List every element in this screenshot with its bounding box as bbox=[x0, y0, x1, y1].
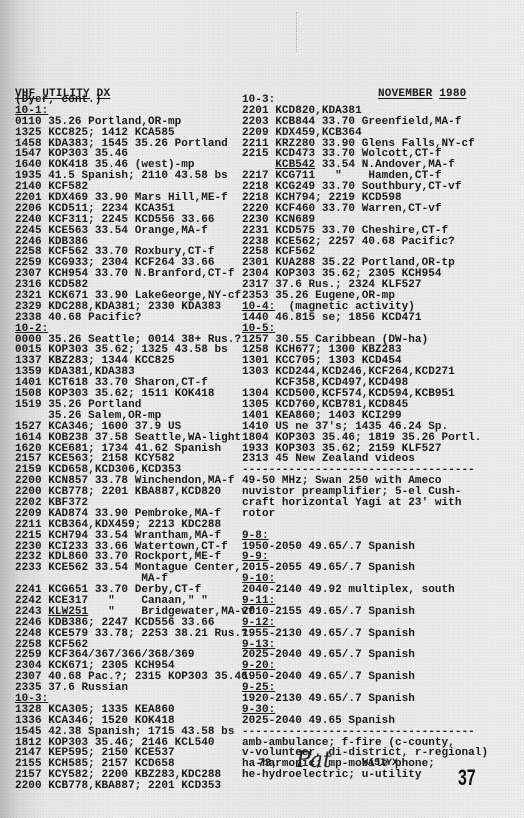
log-line: 2335 37.6 Russian bbox=[15, 683, 254, 694]
log-line: 1614 KOB238 37.58 Seattle,WA-light bbox=[15, 433, 254, 444]
date-heading: 9-8: bbox=[242, 531, 488, 542]
right-column-log: 10-3:2201 KCD820,KDA3812203 KCB844 33.70… bbox=[242, 95, 488, 781]
log-line: 2040-2140 49.92 multiplex, south bbox=[242, 585, 488, 596]
log-line: 2246 KDB386; 2247 KCD556 33.66 bbox=[15, 618, 254, 629]
log-line: 1955-2130 49.65/.7 Spanish bbox=[242, 629, 488, 640]
log-line: 2010-2155 49.65/.7 Spanish bbox=[242, 607, 488, 618]
log-line: 2248 KCE579 33.78; 2253 38.21 Rus.? bbox=[15, 629, 254, 640]
magazine-page: VHF UTILITY DX NOVEMBER 1980 (Dyer, cont… bbox=[0, 0, 524, 818]
log-line bbox=[242, 520, 488, 531]
date-heading: 9-12: bbox=[242, 618, 488, 629]
log-line: he-hydroelectric; u-utility bbox=[242, 770, 488, 781]
log-line: 2211 KCB364,KDX459; 2213 KDC288 bbox=[15, 520, 254, 531]
log-line: 2215 KCH794 33.54 Wrantham,MA-f bbox=[15, 531, 254, 542]
log-line: 1325 KCC825; 1412 KCA585 bbox=[15, 128, 254, 139]
log-line: 2245 KCE563 33.54 Orange,MA-f bbox=[15, 226, 254, 237]
log-line: 2338 40.68 Pacific? bbox=[15, 313, 254, 324]
log-line: (Dyer, cont.) bbox=[15, 95, 254, 106]
log-line: 2200 KCB778,KBA887; 2201 KCD353 bbox=[15, 781, 254, 792]
date-heading: 10-5: bbox=[242, 324, 488, 335]
log-line: 1527 KCA346; 1600 37.9 US bbox=[15, 422, 254, 433]
log-line: ----------------------------------- bbox=[242, 727, 488, 738]
closing-text: 73, bbox=[258, 758, 278, 770]
log-line: 2015-2055 49.65/.7 Spanish bbox=[242, 563, 488, 574]
log-line: rotor bbox=[242, 509, 488, 520]
log-line: 1545 42.38 Spanish; 1715 43.58 bs bbox=[15, 727, 254, 738]
log-line: 1804 KOP303 35.46; 1819 35.26 Portl. bbox=[242, 433, 488, 444]
log-line: 1410 US ne 37's; 1435 46.24 Sp. bbox=[242, 422, 488, 433]
log-line: 1950-2050 49.65/.7 Spanish bbox=[242, 542, 488, 553]
author-callsign: WA5IYX bbox=[362, 758, 398, 769]
date-heading: 10-2: bbox=[15, 324, 254, 335]
left-column-log: (Dyer, cont.)10-1:0110 35.26 Portland,OR… bbox=[15, 95, 254, 792]
log-line: 1950-2040 49.65/.7 Spanish bbox=[242, 672, 488, 683]
page-number: 37 bbox=[458, 765, 476, 791]
paper-fold-mark bbox=[296, 12, 298, 52]
log-line: 2025-2040 49.65/.7 Spanish bbox=[242, 650, 488, 661]
log-line: craft horizontal Yagi at 23' with bbox=[242, 498, 488, 509]
log-line: 2209 KDX459,KCB364 bbox=[242, 128, 488, 139]
log-line: 1920-2130 49.65/.7 Spanish bbox=[242, 694, 488, 705]
signature: Pat bbox=[296, 748, 332, 773]
log-line: 2231 KCD575 33.70 Cheshire,CT-f bbox=[242, 226, 488, 237]
log-line: 1440 46.815 se; 1856 KCD471 bbox=[242, 313, 488, 324]
